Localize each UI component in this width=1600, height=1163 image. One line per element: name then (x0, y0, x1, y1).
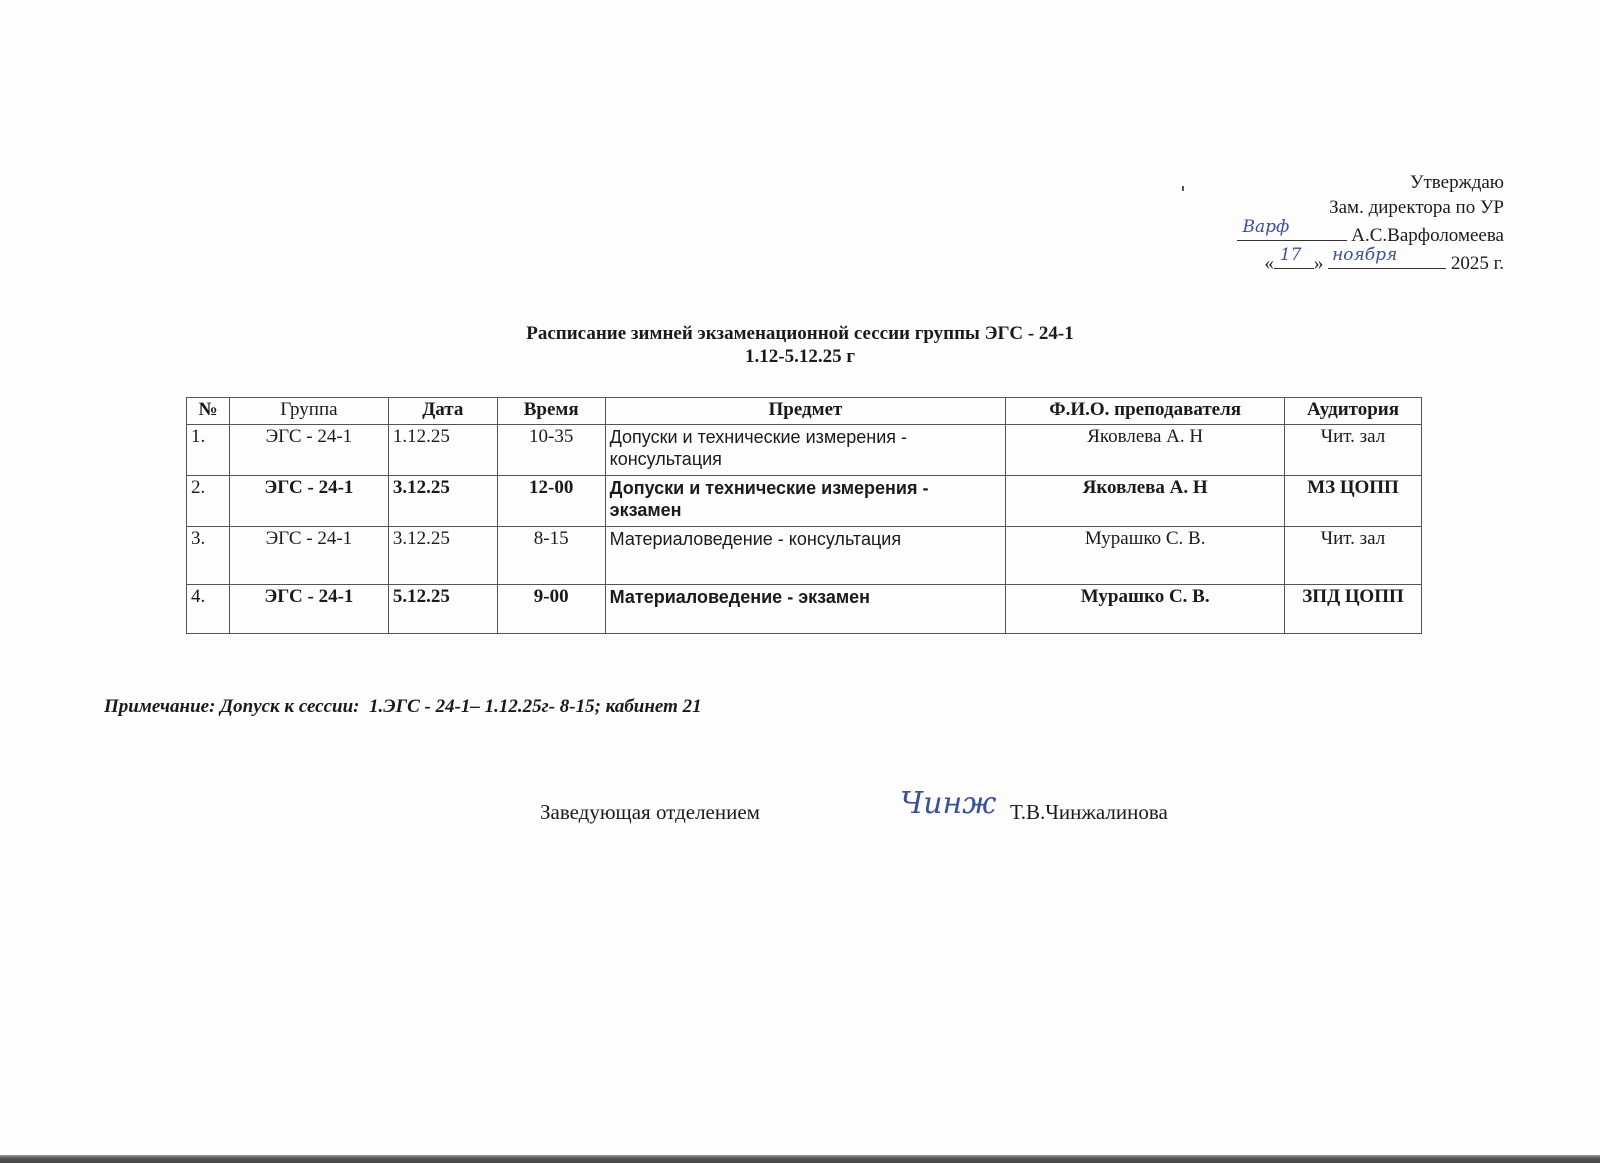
head-signature: Чинж (900, 786, 996, 821)
title-line: Расписание зимней экзаменационной сессии… (0, 322, 1600, 345)
table-header-row: № Группа Дата Время Предмет Ф.И.О. препо… (187, 398, 1422, 425)
cell-time: 12-00 (497, 476, 605, 527)
header-teacher: Ф.И.О. преподавателя (1006, 398, 1285, 425)
table-row: 1. ЭГС - 24-1 1.12.25 10-35 Допуски и те… (187, 425, 1422, 476)
table-row: 2. ЭГС - 24-1 3.12.25 12-00 Допуски и те… (187, 476, 1422, 527)
header-date: Дата (388, 398, 497, 425)
header-num: № (187, 398, 230, 425)
approval-block: Утверждаю Зам. директора по УР Варф А.С.… (1237, 170, 1504, 276)
cell-group: ЭГС - 24-1 (229, 527, 388, 585)
cell-room: ЗПД ЦОПП (1285, 585, 1422, 634)
cell-group: ЭГС - 24-1 (229, 425, 388, 476)
header-room: Аудитория (1285, 398, 1422, 425)
head-name: Т.В.Чинжалинова (1010, 800, 1168, 825)
cell-room: Чит. зал (1285, 425, 1422, 476)
head-position: Заведующая отделением (540, 800, 760, 825)
approval-heading: Утверждаю (1237, 170, 1504, 195)
cell-teacher: Мурашко С. В. (1006, 585, 1285, 634)
title-dates: 1.12-5.12.25 г (0, 345, 1600, 368)
scan-mark (1182, 186, 1184, 191)
cell-group: ЭГС - 24-1 (229, 476, 388, 527)
handwritten-signature: Варф (1243, 215, 1290, 240)
cell-group: ЭГС - 24-1 (229, 585, 388, 634)
cell-teacher: Яковлева А. Н (1006, 476, 1285, 527)
cell-num: 1. (187, 425, 230, 476)
cell-time: 10-35 (497, 425, 605, 476)
cell-date: 1.12.25 (388, 425, 497, 476)
cell-num: 2. (187, 476, 230, 527)
cell-subject: Материаловедение - консультация (605, 527, 1006, 585)
day-field: 17 (1274, 248, 1314, 269)
cell-num: 3. (187, 527, 230, 585)
handwritten-month: ноября (1332, 243, 1397, 268)
cell-date: 3.12.25 (388, 527, 497, 585)
signature-field: Варф (1237, 220, 1347, 241)
cell-time: 8-15 (497, 527, 605, 585)
cell-time: 9-00 (497, 585, 605, 634)
cell-teacher: Яковлева А. Н (1006, 425, 1285, 476)
scan-edge (0, 1155, 1600, 1163)
approval-year: 2025 г. (1451, 253, 1504, 274)
table-row: 4. ЭГС - 24-1 5.12.25 9-00 Материаловеде… (187, 585, 1422, 634)
cell-date: 5.12.25 (388, 585, 497, 634)
cell-room: Чит. зал (1285, 527, 1422, 585)
cell-num: 4. (187, 585, 230, 634)
header-time: Время (497, 398, 605, 425)
schedule-table: № Группа Дата Время Предмет Ф.И.О. препо… (186, 397, 1422, 634)
cell-subject: Допуски и технические измерения - экзаме… (605, 476, 1006, 527)
header-subject: Предмет (605, 398, 1006, 425)
cell-date: 3.12.25 (388, 476, 497, 527)
cell-subject: Материаловедение - экзамен (605, 585, 1006, 634)
handwritten-signature: Чинж (900, 786, 996, 821)
cell-subject: Допуски и технические измерения - консул… (605, 425, 1006, 476)
approval-date-line: «17» ноября 2025 г. (1237, 248, 1504, 276)
handwritten-day: 17 (1280, 243, 1302, 268)
cell-room: МЗ ЦОПП (1285, 476, 1422, 527)
header-group: Группа (229, 398, 388, 425)
cell-teacher: Мурашко С. В. (1006, 527, 1285, 585)
table-row: 3. ЭГС - 24-1 3.12.25 8-15 Материаловеде… (187, 527, 1422, 585)
month-field: ноября (1328, 248, 1446, 269)
document-title: Расписание зимней экзаменационной сессии… (0, 322, 1600, 368)
session-note: Примечание: Допуск к сессии: 1.ЭГС - 24-… (104, 696, 702, 718)
